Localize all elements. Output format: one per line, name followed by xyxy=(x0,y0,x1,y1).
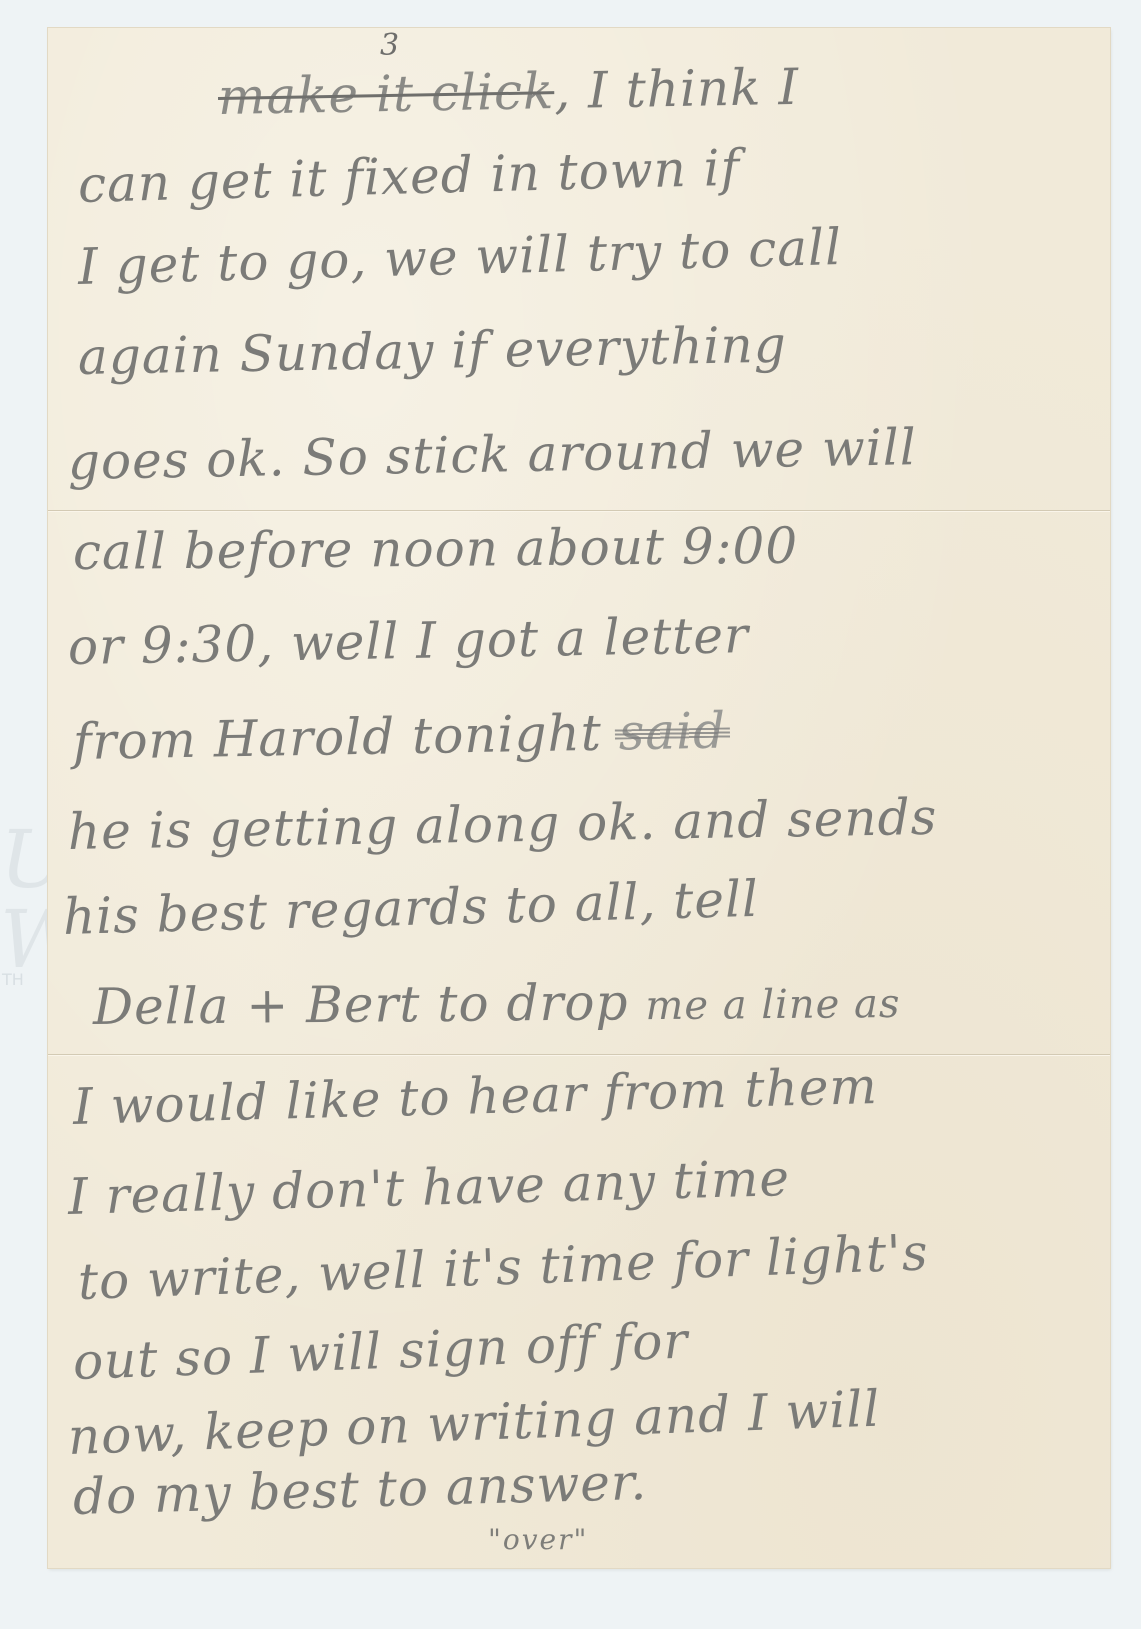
line-text: do my best to answer. xyxy=(72,1453,648,1526)
letter-line: goes ok. So stick around we will xyxy=(67,418,917,491)
letter-line: I would like to hear from them xyxy=(72,1057,878,1136)
letter-line: to write, well it's time for light's xyxy=(77,1223,929,1311)
scribbled-out-word: said xyxy=(618,702,726,762)
line-text: can get it fixed in town if xyxy=(77,139,741,214)
letter-line: I really don't have any time xyxy=(67,1149,790,1226)
line-text: he is getting along ok. and sends xyxy=(67,788,937,861)
line-text: I would like to hear from them xyxy=(72,1057,878,1136)
line-text: , I think I xyxy=(554,58,800,120)
line-text: now, keep on writing and I will xyxy=(67,1380,881,1466)
line-text: to write, well it's time for light's xyxy=(77,1223,929,1311)
letter-line: from Harold tonight said xyxy=(72,702,726,771)
letter-body: make it click, I think I can get it fixe… xyxy=(48,28,1110,1568)
line-text: call before noon about 9:00 xyxy=(73,517,799,581)
letter-line: or 9:30, well I got a letter xyxy=(67,606,749,676)
over-note: "over" xyxy=(488,1523,588,1556)
line-text: from Harold tonight xyxy=(72,704,602,771)
line-text: Della + Bert to drop xyxy=(93,973,629,1036)
line-text: or 9:30, well I got a letter xyxy=(67,606,749,676)
letter-page: 3 make it click, I think I can get it fi… xyxy=(48,28,1110,1568)
letter-line: call before noon about 9:00 xyxy=(73,517,799,581)
letter-line: do my best to answer. xyxy=(72,1453,648,1526)
line-text: his best regards to all, tell xyxy=(62,870,759,946)
line-text: again Sunday if everything xyxy=(77,316,787,386)
letter-line: I get to go, we will try to call xyxy=(77,218,842,296)
line-text: I really don't have any time xyxy=(67,1149,790,1226)
line-text: out so I will sign off for xyxy=(72,1312,689,1391)
line-text: goes ok. So stick around we will xyxy=(67,418,917,491)
letter-line: Della + Bert to drop me a line as xyxy=(93,971,901,1036)
letter-line: now, keep on writing and I will xyxy=(67,1380,881,1466)
line-text: I get to go, we will try to call xyxy=(77,218,842,296)
letter-line: make it click, I think I xyxy=(217,58,799,126)
letter-line: again Sunday if everything xyxy=(77,316,787,386)
background-bleed-through-text: UW xyxy=(0,820,48,1020)
letter-line: out so I will sign off for xyxy=(72,1312,689,1391)
letter-line: he is getting along ok. and sends xyxy=(67,788,937,861)
line-tail-text: me a line as xyxy=(645,981,900,1029)
struck-out-text: make it click xyxy=(217,62,554,126)
background-bleed-through-label: TH xyxy=(2,970,24,989)
letter-line: can get it fixed in town if xyxy=(77,139,741,214)
letter-line: his best regards to all, tell xyxy=(62,870,759,946)
